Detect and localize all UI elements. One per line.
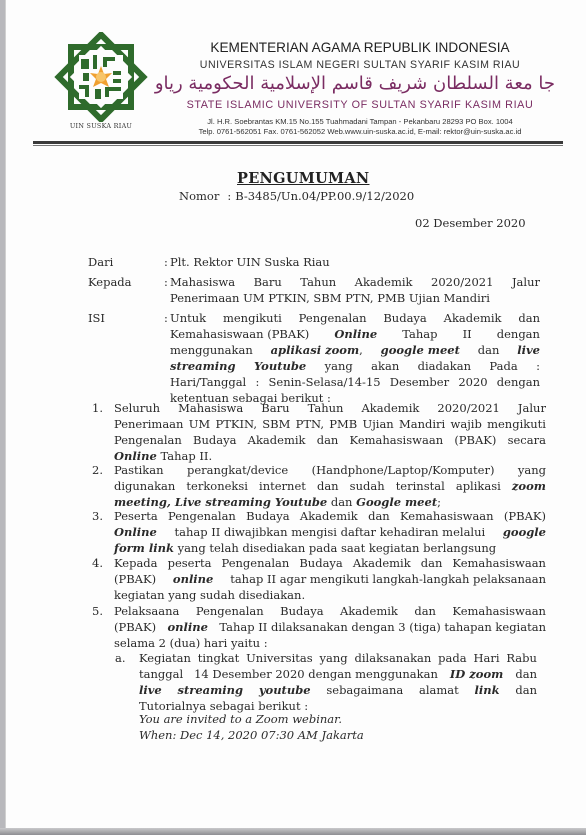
kepada-line-1: MahasiswaBaruTahunAkademik2020/2021Jalur	[170, 274, 540, 290]
document-number: Nomor:B-3485/Un.04/PP.00.9/12/2020	[179, 189, 414, 203]
uin-suska-emblem-icon	[51, 32, 151, 122]
zoom-invitation: You are invited to a Zoom webinar. When:…	[139, 711, 364, 743]
dari-value: Plt. Rektor UIN Suska Riau	[170, 254, 540, 270]
document-date: 02 Desember 2020	[415, 216, 526, 230]
university-name-arabic: جا معة السلطان شريف قاسم الإسلامية الحكو…	[165, 73, 555, 94]
ministry-name: KEMENTERIAN AGAMA REPUBLIK INDONESIA	[165, 40, 555, 55]
logo-caption: UIN SUSKA RIAU	[51, 122, 151, 130]
page-bottom-edge	[0, 828, 586, 835]
letterhead-divider	[33, 141, 563, 144]
letterhead-divider-thin	[33, 145, 563, 146]
document-title: PENGUMUMAN	[237, 170, 370, 187]
university-name-english: STATE ISLAMIC UNIVERSITY OF SULTAN SYARI…	[165, 99, 555, 111]
nomor-label: Nomor	[179, 189, 219, 203]
dari-label: Dari	[88, 254, 162, 270]
university-logo: UIN SUSKA RIAU	[51, 32, 151, 136]
kepada-label: Kepada	[88, 274, 162, 290]
document-page: UIN SUSKA RIAU KEMENTERIAN AGAMA REPUBLI…	[5, 0, 586, 828]
university-contact: Telp. 0761-562051 Fax. 0761-562052 Web.w…	[165, 127, 555, 136]
invitation-line-1: You are invited to a Zoom webinar.	[139, 711, 364, 727]
university-address: Jl. H.R. Soebrantas KM.15 No.155 Tuahmad…	[165, 117, 555, 126]
isi-value: UntukmengikutiPengenalanBudayaAkademikda…	[170, 310, 540, 406]
university-name: UNIVERSITAS ISLAM NEGERI SULTAN SYARIF K…	[165, 59, 555, 71]
kepada-value: MahasiswaBaruTahunAkademik2020/2021Jalur…	[170, 274, 540, 306]
invitation-line-2: When: Dec 14, 2020 07:30 AM Jakarta	[139, 727, 364, 743]
nomor-value: B-3485/Un.04/PP.00.9/12/2020	[235, 189, 414, 203]
isi-label: ISI	[88, 310, 162, 326]
